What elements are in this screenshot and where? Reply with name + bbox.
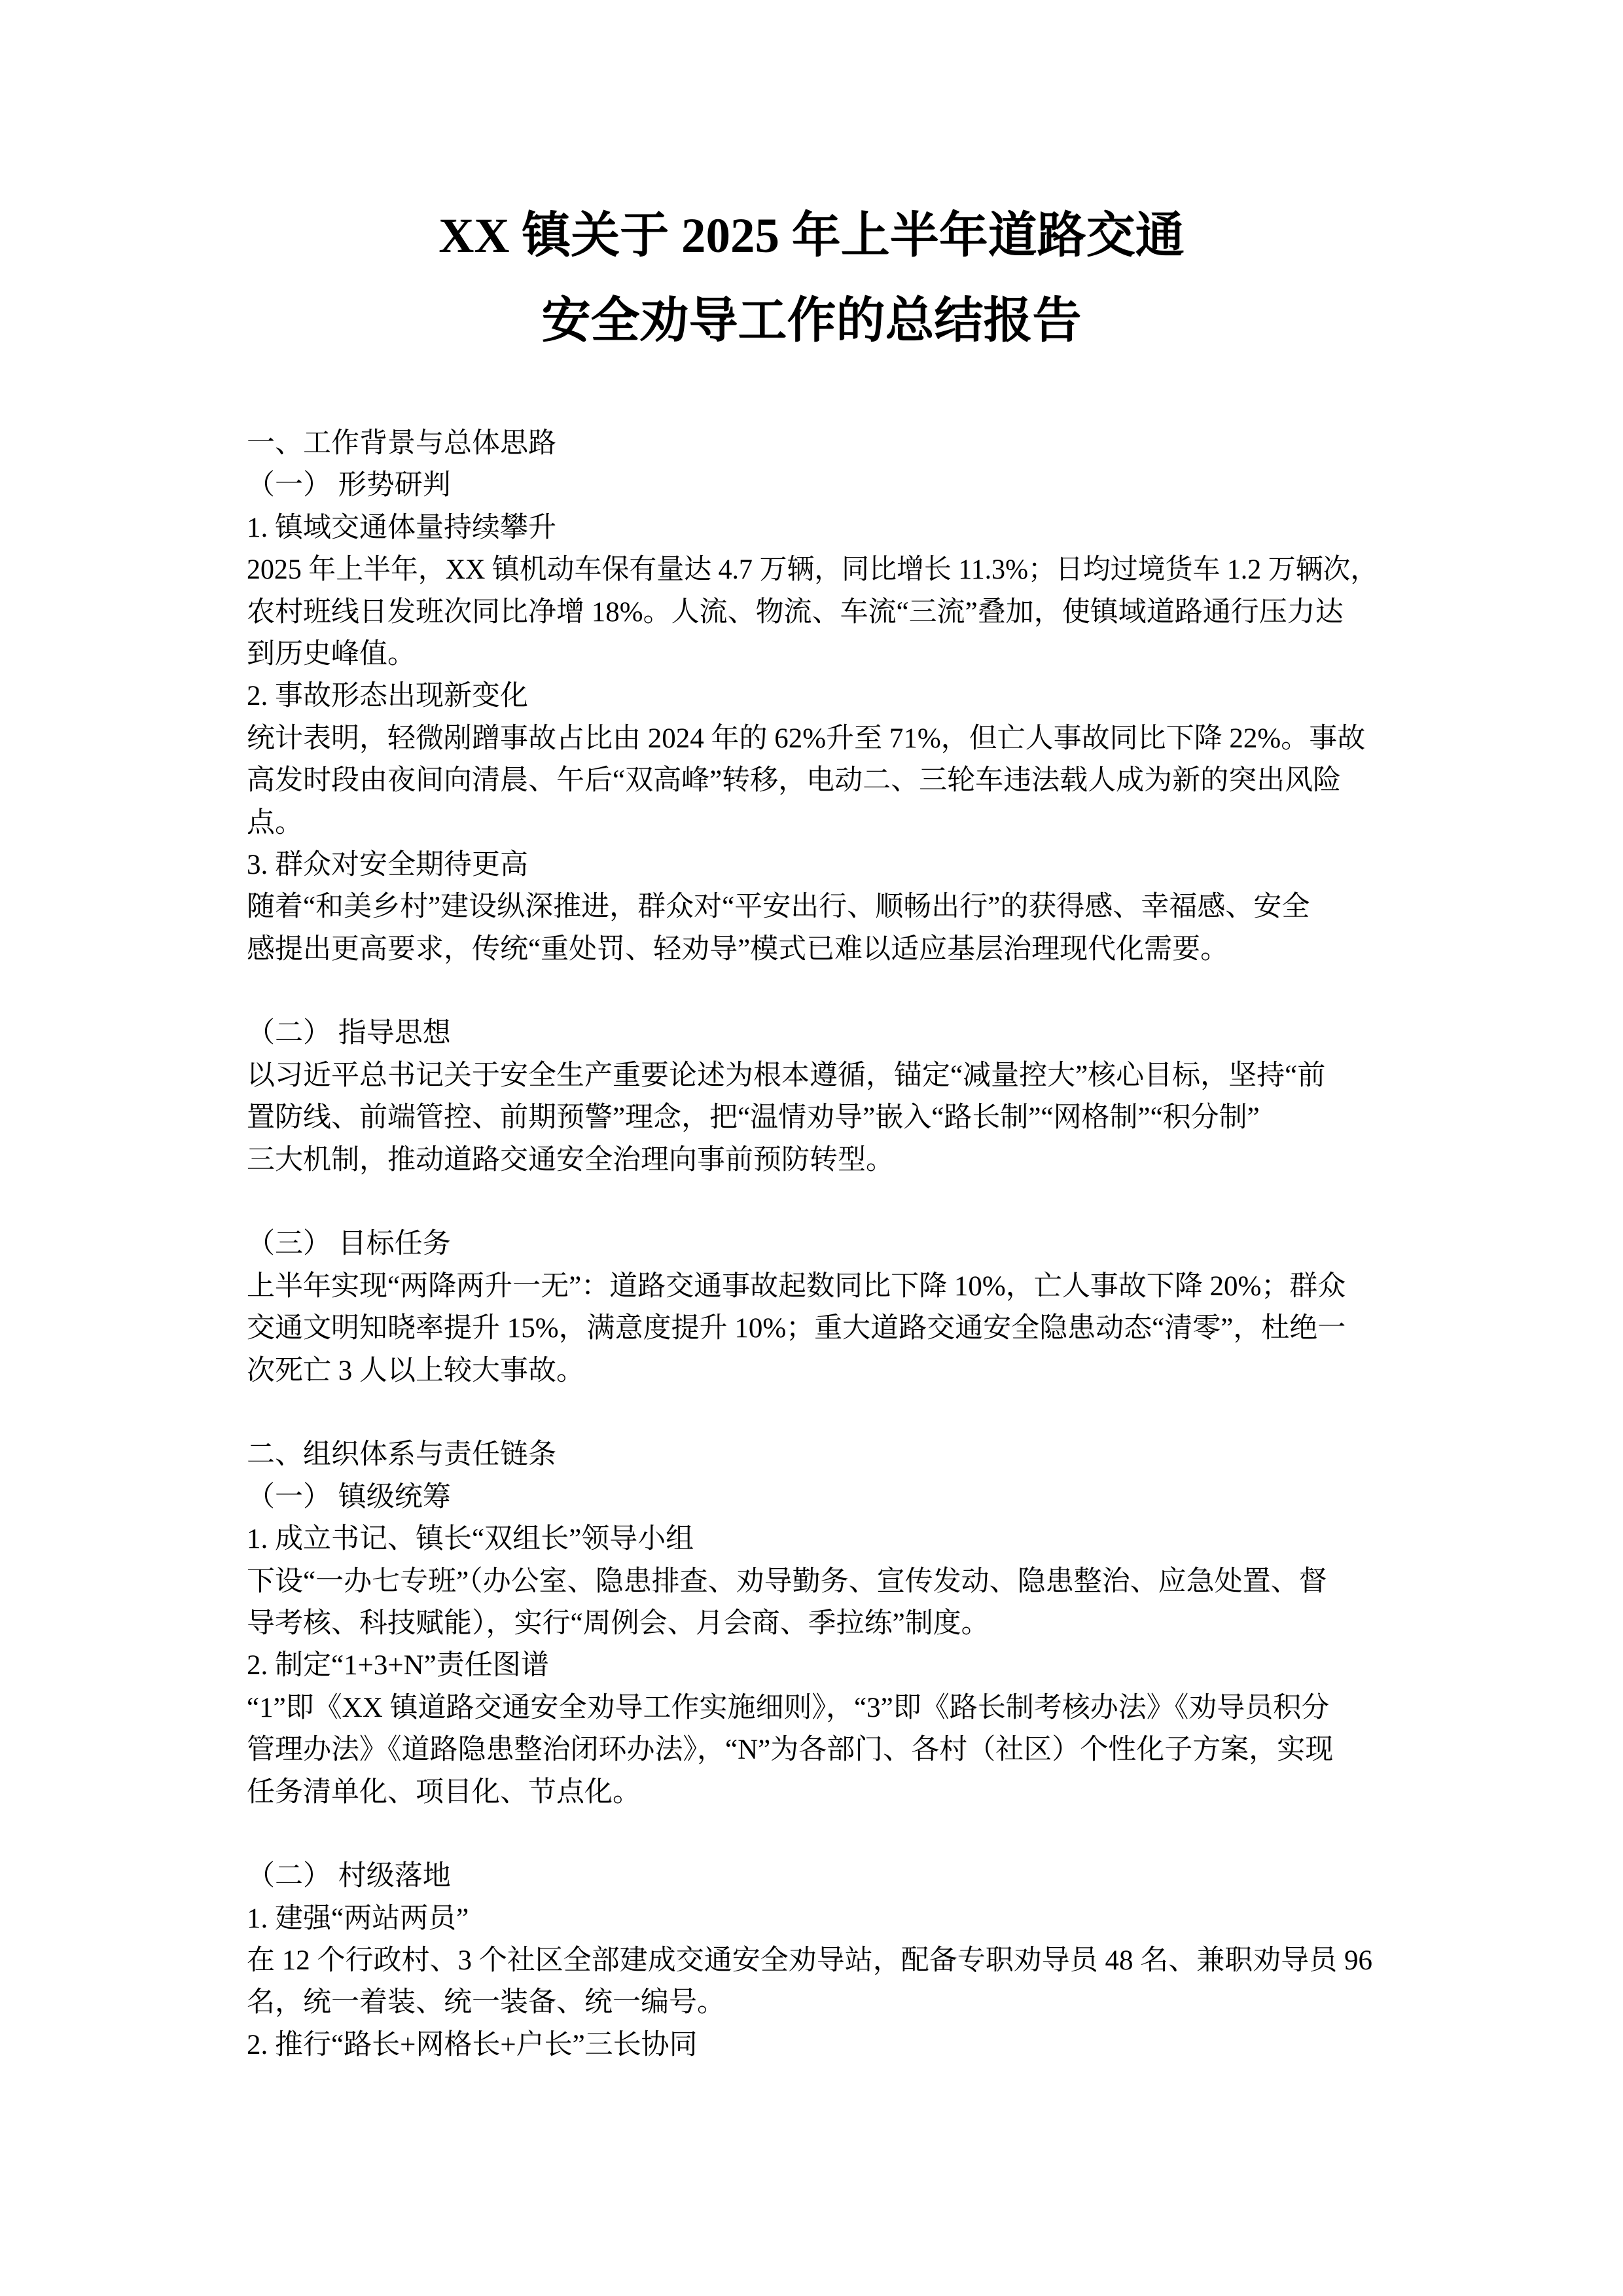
body-line: 导考核、科技赋能），实行“周例会、月会商、季拉练”制度。 bbox=[247, 1603, 1378, 1645]
body-line: 次死亡 3 人以上较大事故。 bbox=[247, 1350, 1378, 1392]
body-line: 高发时段由夜间向清晨、午后“双高峰”转移，电动二、三轮车违法载人成为新的突出风险 bbox=[247, 760, 1378, 802]
body-line: 置防线、前端管控、前期预警”理念，把“温情劝导”嵌入“路长制”“网格制”“积分制… bbox=[247, 1097, 1378, 1139]
body-line: 随着“和美乡村”建设纵深推进，群众对“平安出行、顺畅出行”的获得感、幸福感、安全 bbox=[247, 886, 1378, 928]
body-line: （三） 目标任务 bbox=[247, 1223, 1378, 1265]
body-line: 名，统一着装、统一装备、统一编号。 bbox=[247, 1982, 1378, 2024]
body-line: 2. 事故形态出现新变化 bbox=[247, 675, 1378, 717]
title-line-2: 安全劝导工作的总结报告 bbox=[246, 279, 1377, 364]
body-line: （二） 村级落地 bbox=[247, 1856, 1378, 1897]
body-line: 点。 bbox=[247, 802, 1378, 844]
document-body: 一、工作背景与总体思路（一） 形势研判1. 镇域交通体量持续攀升2025 年上半… bbox=[247, 423, 1378, 2066]
document-title: XX 镇关于 2025 年上半年道路交通 安全劝导工作的总结报告 bbox=[246, 194, 1377, 364]
body-line: 3. 群众对安全期待更高 bbox=[247, 844, 1378, 886]
body-line: 上半年实现“两降两升一无”：道路交通事故起数同比下降 10%，亡人事故下降 20… bbox=[247, 1266, 1378, 1308]
blank-line bbox=[247, 1392, 1378, 1434]
body-line: 统计表明，轻微剐蹭事故占比由 2024 年的 62%升至 71%，但亡人事故同比… bbox=[247, 718, 1378, 760]
body-line: 管理办法》《道路隐患整治闭环办法》，“N”为各部门、各村（社区）个性化子方案，实… bbox=[247, 1729, 1378, 1771]
body-line: 感提出更高要求，传统“重处罚、轻劝导”模式已难以适应基层治理现代化需要。 bbox=[247, 929, 1378, 971]
blank-line bbox=[247, 971, 1378, 1013]
blank-line bbox=[247, 1181, 1378, 1223]
body-line: 任务清单化、项目化、节点化。 bbox=[247, 1772, 1378, 1814]
body-line: 一、工作背景与总体思路 bbox=[247, 423, 1378, 465]
body-line: 二、组织体系与责任链条 bbox=[247, 1434, 1378, 1476]
body-line: （二） 指导思想 bbox=[247, 1013, 1378, 1054]
body-line: 1. 建强“两站两员” bbox=[247, 1898, 1378, 1940]
body-line: 2. 制定“1+3+N”责任图谱 bbox=[247, 1645, 1378, 1687]
blank-line bbox=[247, 1814, 1378, 1856]
body-line: 农村班线日发班次同比净增 18%。人流、物流、车流“三流”叠加，使镇域道路通行压… bbox=[247, 592, 1378, 634]
title-line-1: XX 镇关于 2025 年上半年道路交通 bbox=[246, 194, 1377, 279]
body-line: 交通文明知晓率提升 15%，满意度提升 10%；重大道路交通安全隐患动态“清零”… bbox=[247, 1308, 1378, 1350]
body-line: （一） 镇级统筹 bbox=[247, 1477, 1378, 1518]
document-page: XX 镇关于 2025 年上半年道路交通 安全劝导工作的总结报告 一、工作背景与… bbox=[0, 0, 1623, 2296]
body-line: 在 12 个行政村、3 个社区全部建成交通安全劝导站，配备专职劝导员 48 名、… bbox=[247, 1940, 1378, 1982]
body-line: 1. 成立书记、镇长“双组长”领导小组 bbox=[247, 1518, 1378, 1560]
body-line: 到历史峰值。 bbox=[247, 634, 1378, 675]
body-line: （一） 形势研判 bbox=[247, 465, 1378, 507]
body-line: 以习近平总书记关于安全生产重要论述为根本遵循，锚定“减量控大”核心目标，坚持“前 bbox=[247, 1055, 1378, 1097]
body-line: 下设“一办七专班”（办公室、隐患排查、劝导勤务、宣传发动、隐患整治、应急处置、督 bbox=[247, 1561, 1378, 1603]
body-line: “1”即《XX 镇道路交通安全劝导工作实施细则》，“3”即《路长制考核办法》《劝… bbox=[247, 1687, 1378, 1729]
body-line: 1. 镇域交通体量持续攀升 bbox=[247, 507, 1378, 549]
body-line: 三大机制，推动道路交通安全治理向事前预防转型。 bbox=[247, 1139, 1378, 1181]
page: { "colors": { "text": "#000000", "backgr… bbox=[0, 0, 1623, 2296]
body-line: 2025 年上半年，XX 镇机动车保有量达 4.7 万辆，同比增长 11.3%；… bbox=[247, 549, 1349, 591]
body-line: 2. 推行“路长+网格长+户长”三长协同 bbox=[247, 2024, 1378, 2066]
